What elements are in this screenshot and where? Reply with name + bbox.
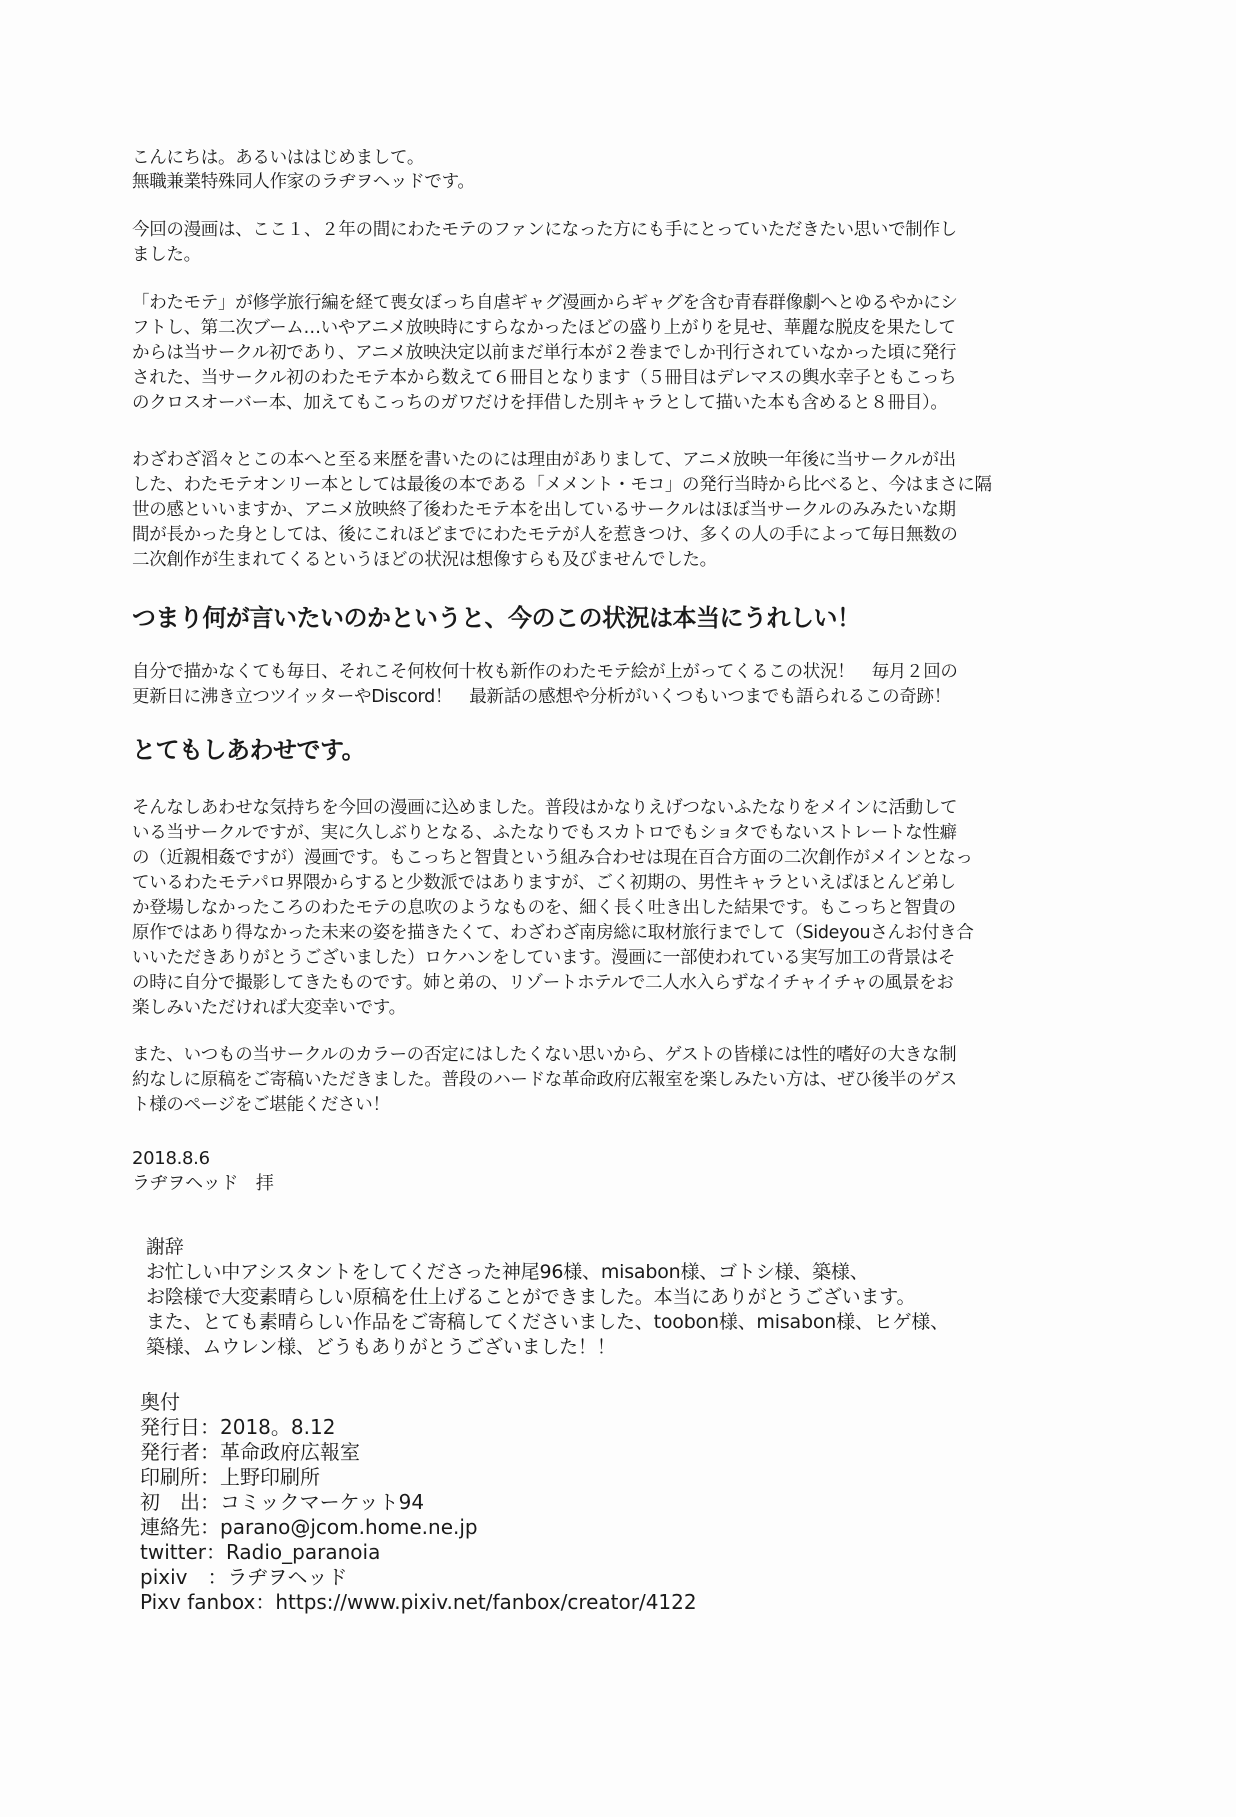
history-line: 「わたモテ」が修学旅行編を経て喪女ぼっち自虐ギャグ漫画からギャグを含む青春群像劇… <box>132 291 958 316</box>
acknowledgments-line: お忙しい中アシスタントをしてくださった神尾96様、misabon様、ゴトシ様、築… <box>146 1260 869 1285</box>
joy-line: 更新日に沸き立つツイッターやDiscord！ 最新話の感想や分析がいくつもいつま… <box>132 685 951 710</box>
intro-line: ました。 <box>132 243 201 268</box>
reason-line: わざわざ滔々とこの本へと至る来歴を書いたのには理由がありまして、アニメ放映一年後… <box>132 448 956 473</box>
acknowledgments-line: 築様、ムウレン様、どうもありがとうございました！！ <box>146 1335 616 1360</box>
story-line: 原作ではあり得なかった未来の姿を描きたくて、わざわざ南房総に取材旅行までして（S… <box>132 921 974 946</box>
history-line: のクロスオーバー本、加えてもこっちのガワだけを拝借した別キャラとして描いた本も含… <box>132 391 948 416</box>
reason-line: 世の感といいますか、アニメ放映終了後わたモテ本を出しているサークルはほぼ当サーク… <box>132 498 956 523</box>
guests-line: 約なしに原稿をご寄稿いただきました。普段のハードな革命政府広報室を楽しみたい方は… <box>132 1068 957 1093</box>
joy-line: 自分で描かなくても毎日、それこそ何枚何十枚も新作のわたモテ絵が上がってくるこの状… <box>132 660 958 685</box>
reason-line: 二次創作が生まれてくるというほどの状況は想像すらも及びませんでした。 <box>132 548 717 573</box>
guests-line: ト様のページをご堪能ください！ <box>132 1093 390 1118</box>
story-line: そんなしあわせな気持ちを今回の漫画に込めました。普段はかなりえげつないふたなりを… <box>132 796 957 821</box>
history-line: からは当サークル初であり、アニメ放映決定以前まだ単行本が２巻までしか刊行されてい… <box>132 341 956 366</box>
story-line: ているわたモテパロ界隈からすると少数派ではありますが、ごく初期の、男性キャラとい… <box>132 871 956 896</box>
greeting-line: こんにちは。あるいははじめまして。 <box>132 146 424 171</box>
colophon-twitter: twitter：Radio_paranoia <box>140 1540 380 1565</box>
guests-line: また、いつもの当サークルのカラーの否定にはしたくない思いから、ゲストの皆様には性… <box>132 1043 956 1068</box>
signature-author: ラヂヲヘッド 拝 <box>132 1171 274 1196</box>
story-line: の（近親相姦ですが）漫画です。もこっちと智貴という組み合わせは現在百合方面の二次… <box>132 846 973 871</box>
reason-line: 間が長かった身としては、後にこれほどまでにわたモテが人を惹きつけ、多くの人の手に… <box>132 523 958 548</box>
history-line: フトし、第二次ブーム…いやアニメ放映時にすらなかったほどの盛り上がりを見せ、華麗… <box>132 316 956 341</box>
story-line: か登場しなかったころのわたモテの息吹のようなものを、細く長く吐き出した結果です。… <box>132 896 956 921</box>
acknowledgments-line: また、とても素晴らしい作品をご寄稿してくださいました、toobon様、misab… <box>146 1310 949 1335</box>
colophon-first-appearance: 初 出：コミックマーケット94 <box>140 1490 424 1515</box>
history-line: された、当サークル初のわたモテ本から数えて６冊目となります（５冊目はデレマスの輿… <box>132 366 956 391</box>
colophon-contact: 連絡先：parano@jcom.home.ne.jp <box>140 1515 478 1540</box>
colophon-publisher: 発行者：革命政府広報室 <box>140 1440 360 1465</box>
signature-date: 2018.8.6 <box>132 1146 210 1171</box>
colophon-title: 奥付 <box>140 1390 180 1415</box>
headline-happy: つまり何が言いたいのかというと、今のこの状況は本当にうれしい！ <box>132 602 861 634</box>
story-line: いる当サークルですが、実に久しぶりとなる、ふたなりでもスカトロでもショタでもない… <box>132 821 957 846</box>
colophon-fanbox: Pixv fanbox：https://www.pixiv.net/fanbox… <box>140 1590 697 1615</box>
greeting-line: 無職兼業特殊同人作家のラヂヲヘッドです。 <box>132 170 475 195</box>
colophon-publish-date: 発行日：2018。8.12 <box>140 1415 335 1440</box>
colophon-printer: 印刷所：上野印刷所 <box>140 1465 320 1490</box>
story-line: の時に自分で撮影してきたものです。姉と弟の、リゾートホテルで二人水入らずなイチャ… <box>132 971 954 996</box>
story-line: 楽しみいただければ大変幸いです。 <box>132 996 406 1021</box>
reason-line: した、わたモテオンリー本としては最後の本である「メメント・モコ」の発行当時から比… <box>132 473 992 498</box>
intro-line: 今回の漫画は、ここ１、２年の間にわたモテのファンになった方にも手にとっていただき… <box>132 218 957 243</box>
afterword-page: こんにちは。あるいははじめまして。 無職兼業特殊同人作家のラヂヲヘッドです。 今… <box>0 0 1236 1817</box>
acknowledgments-line: お陰様で大変素晴らしい原稿を仕上げることができました。本当にありがとうございます… <box>146 1285 915 1310</box>
acknowledgments-title: 謝辞 <box>146 1235 184 1260</box>
colophon-pixiv: pixiv ：ラヂヲヘッド <box>140 1565 347 1590</box>
story-line: いいただきありがとうございました）ロケハンをしています。漫画に一部使われている実… <box>132 946 955 971</box>
headline-blissful: とてもしあわせです。 <box>132 734 365 766</box>
